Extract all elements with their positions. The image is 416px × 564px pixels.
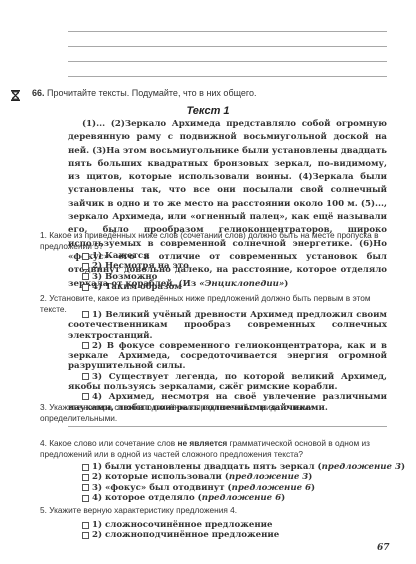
- option[interactable]: 3) Возможно: [82, 272, 189, 282]
- task-instruction: 66. Прочитайте тексты. Подумайте, что в …: [32, 88, 257, 99]
- question-3: 3. Укажите номера сложноподчинённых пред…: [40, 402, 390, 423]
- task-instruction-text: Прочитайте тексты. Подумайте, что в них …: [47, 88, 256, 98]
- answer-line: [68, 61, 387, 62]
- answer-line: [68, 31, 387, 32]
- checkbox[interactable]: [82, 393, 89, 400]
- answer-line: [68, 46, 387, 47]
- option[interactable]: 2) В фокусе современного гелиоконцентрат…: [68, 341, 387, 372]
- checkbox[interactable]: [82, 311, 89, 318]
- question-4: 4. Какое слово или сочетание слов не явл…: [40, 438, 390, 459]
- checkbox[interactable]: [82, 484, 89, 491]
- checkbox[interactable]: [82, 474, 89, 481]
- question-1-options: 1) Кажется 2) Несмотря на это 3) Возможн…: [82, 251, 189, 292]
- option[interactable]: 2) сложноподчинённое предложение: [82, 530, 279, 540]
- option[interactable]: 4) Таким образом: [82, 282, 189, 292]
- checkbox[interactable]: [82, 273, 89, 280]
- checkbox[interactable]: [82, 263, 89, 270]
- checkbox[interactable]: [82, 253, 89, 260]
- option[interactable]: 1) были установлены двадцать пять зеркал…: [82, 462, 405, 472]
- option[interactable]: 3) Существует легенда, по которой велики…: [68, 372, 387, 393]
- option[interactable]: 1) Кажется: [82, 251, 189, 261]
- question-2-options: 1) Великий учёный древности Архимед пред…: [68, 310, 387, 413]
- option[interactable]: 2) Несмотря на это: [82, 261, 189, 271]
- answer-line[interactable]: [68, 426, 387, 427]
- task-number: 66.: [32, 88, 45, 98]
- page-number: 67: [377, 543, 390, 553]
- option[interactable]: 1) Великий учёный древности Архимед пред…: [68, 310, 387, 341]
- question-4-options: 1) были установлены двадцать пять зеркал…: [82, 462, 405, 503]
- task-header: 66. Прочитайте тексты. Подумайте, что в …: [9, 88, 409, 100]
- checkbox[interactable]: [82, 284, 89, 291]
- question-5-options: 1) сложносочинённое предложение 2) сложн…: [82, 520, 279, 541]
- question-5: 5. Укажите верную характеристику предлож…: [40, 505, 390, 516]
- option[interactable]: 3) «фокус» был отодвинут (предложение 6): [82, 483, 405, 493]
- option[interactable]: 4) которое отделяло (предложение 6): [82, 493, 405, 503]
- checkbox[interactable]: [82, 342, 89, 349]
- answer-line: [68, 76, 387, 77]
- checkbox[interactable]: [82, 464, 89, 471]
- hourglass-icon: [11, 88, 20, 99]
- option[interactable]: 2) которые использовали (предложение 3): [82, 472, 405, 482]
- checkbox[interactable]: [82, 495, 89, 502]
- checkbox[interactable]: [82, 532, 89, 539]
- question-1: 1. Какое из приведённых ниже слов (сочет…: [40, 230, 390, 251]
- checkbox[interactable]: [82, 373, 89, 380]
- text-title: Текст 1: [0, 105, 416, 118]
- option[interactable]: 1) сложносочинённое предложение: [82, 520, 279, 530]
- text-source: (Из «Энциклопедии»): [179, 279, 289, 289]
- checkbox[interactable]: [82, 522, 89, 529]
- emphasis: не является: [177, 438, 227, 448]
